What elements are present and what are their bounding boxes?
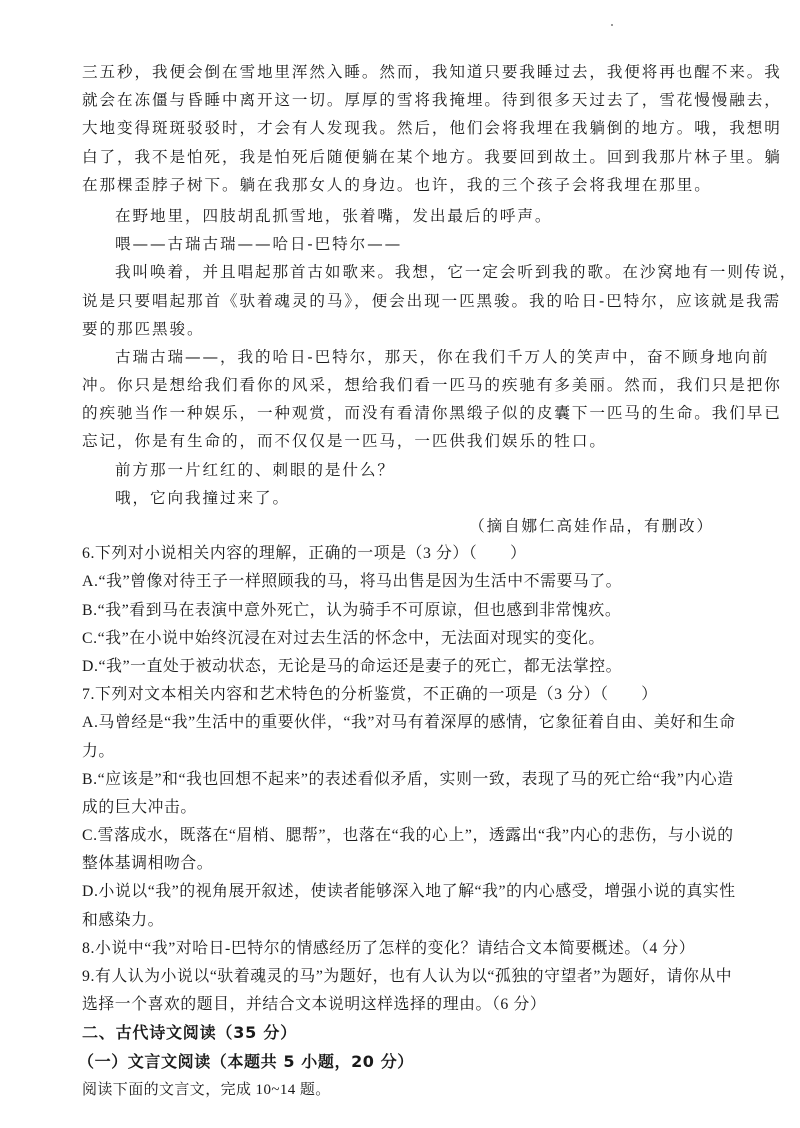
question-list: 6.下列对小说相关内容的理解，正确的一项是（3 分）（ ） A.“我”曾像对待王… — [82, 540, 718, 1019]
text-line: 在野地里，四肢胡乱抓雪地，张着嘴，发出最后的呼声。 — [82, 202, 718, 230]
option-a: A.马曾经是“我”生活中的重要伙伴，“我”对马有着深厚的感情，它象征着自由、美好… — [82, 709, 718, 765]
story-paragraph: 前方那一片红红的、刺眼的是什么？ — [82, 456, 718, 484]
text-line: 大地变得斑斑驳驳时，才会有人发现我。然后，他们会将我埋在我躺倒的地方。哦，我想明 — [82, 114, 718, 142]
question-stem: 选择一个喜欢的题目，并结合文本说明这样选择的理由。（6 分） — [82, 991, 718, 1019]
text-line: 前方那一片红红的、刺眼的是什么？ — [82, 456, 718, 484]
text-line: 要的那匹黑骏。 — [82, 315, 718, 343]
question-8: 8.小说中“我”对哈日-巴特尔的情感经历了怎样的变化？请结合文本简要概述。（4 … — [82, 935, 718, 963]
question-stem: 8.小说中“我”对哈日-巴特尔的情感经历了怎样的变化？请结合文本简要概述。（4 … — [82, 935, 718, 963]
text-line: 冲。你只是想给我们看你的风采，想给我们看一匹马的疾驰有多美丽。然而，我们只是把你 — [82, 371, 718, 399]
option-line: 和感染力。 — [82, 907, 718, 935]
text-line: 喂——古瑞古瑞——哈日-巴特尔—— — [82, 230, 718, 258]
story-paragraph: 在野地里，四肢胡乱抓雪地，张着嘴，发出最后的呼声。 — [82, 202, 718, 230]
story-paragraph: 三五秒，我便会倒在雪地里浑然入睡。然而，我知道只要我睡过去，我便将再也醒不来。我… — [82, 58, 718, 199]
option-line: A.马曾经是“我”生活中的重要伙伴，“我”对马有着深厚的感情，它象征着自由、美好… — [82, 709, 718, 737]
text-line: 忘记，你是有生命的，而不仅仅是一匹马，一匹供我们娱乐的牲口。 — [82, 427, 718, 455]
option-line: C.雪落成水，既落在“眉梢、腮帮”，也落在“我的心上”，透露出“我”内心的悲伤，… — [82, 822, 718, 850]
text-line: 古瑞古瑞——，我的哈日-巴特尔，那天，你在我们千万人的笑声中，奋不顾身地向前 — [82, 343, 718, 371]
question-6: 6.下列对小说相关内容的理解，正确的一项是（3 分）（ ） A.“我”曾像对待王… — [82, 540, 718, 681]
text-line: 哦，它向我撞过来了。 — [82, 484, 718, 512]
option-c: C.雪落成水，既落在“眉梢、腮帮”，也落在“我的心上”，透露出“我”内心的悲伤，… — [82, 822, 718, 878]
story-paragraph: 喂——古瑞古瑞——哈日-巴特尔—— — [82, 230, 718, 258]
section-title: 二、古代诗文阅读（35 分） — [82, 1019, 718, 1048]
source-attribution: （摘自娜仁高娃作品，有删改） — [82, 512, 718, 540]
text-line: 就会在冻僵与昏睡中离开这一切。厚厚的雪将我掩埋。待到很多天过去了，雪花慢慢融去， — [82, 86, 718, 114]
option-d: D.“我”一直处于被动状态，无论是马的命运还是妻子的死亡，都无法掌控。 — [82, 653, 718, 681]
option-line: 整体基调相吻合。 — [82, 850, 718, 878]
subsection-title: （一）文言文阅读（本题共 5 小题，20 分） — [78, 1048, 718, 1076]
option-d: D.小说以“我”的视角展开叙述，使读者能够深入地了解“我”的内心感受，增强小说的… — [82, 878, 718, 934]
text-line: 在那棵歪脖子树下。躺在我那女人的身边。也许，我的三个孩子会将我埋在那里。 — [82, 171, 718, 199]
story-paragraph: 我叫唤着，并且唱起那首古如歌来。我想，它一定会听到我的歌。在沙窝地有一则传说， … — [82, 258, 718, 343]
text-line: 的疾驰当作一种娱乐，一种观赏，而没有看清你黑缎子似的皮囊下一匹马的生命。我们早已 — [82, 399, 718, 427]
section-classical: 二、古代诗文阅读（35 分） （一）文言文阅读（本题共 5 小题，20 分） 阅… — [82, 1019, 718, 1104]
option-line: 成的巨大冲击。 — [82, 794, 718, 822]
text-line: 我叫唤着，并且唱起那首古如歌来。我想，它一定会听到我的歌。在沙窝地有一则传说， — [82, 258, 718, 286]
option-b: B.“我”看到马在表演中意外死亡，认为骑手不可原谅，但也感到非常愧疚。 — [82, 597, 718, 625]
option-b: B.“应该是”和“我也回想不起来”的表述看似矛盾，实则一致，表现了马的死亡给“我… — [82, 766, 718, 822]
option-a: A.“我”曾像对待王子一样照顾我的马，将马出售是因为生活中不需要马了。 — [82, 568, 718, 596]
section-instruction: 阅读下面的文言文，完成 10~14 题。 — [82, 1076, 718, 1104]
question-9: 9.有人认为小说以“驮着魂灵的马”为题好，也有人认为以“孤独的守望者”为题好，请… — [82, 963, 718, 1019]
story-paragraph: 古瑞古瑞——，我的哈日-巴特尔，那天，你在我们千万人的笑声中，奋不顾身地向前 冲… — [82, 343, 718, 456]
question-stem: 7.下列对文本相关内容和艺术特色的分析鉴赏，不正确的一项是（3 分）（ ） — [82, 681, 718, 709]
scan-speck — [611, 24, 613, 26]
text-line: 说是只要唱起那首《驮着魂灵的马》，便会出现一匹黑骏。我的哈日-巴特尔，应该就是我… — [82, 287, 718, 315]
question-7: 7.下列对文本相关内容和艺术特色的分析鉴赏，不正确的一项是（3 分）（ ） A.… — [82, 681, 718, 935]
story-excerpt: 三五秒，我便会倒在雪地里浑然入睡。然而，我知道只要我睡过去，我便将再也醒不来。我… — [82, 58, 718, 540]
question-stem: 9.有人认为小说以“驮着魂灵的马”为题好，也有人认为以“孤独的守望者”为题好，请… — [82, 963, 718, 991]
story-paragraph: 哦，它向我撞过来了。 — [82, 484, 718, 512]
option-c: C.“我”在小说中始终沉浸在对过去生活的怀念中，无法面对现实的变化。 — [82, 625, 718, 653]
option-line: B.“应该是”和“我也回想不起来”的表述看似矛盾，实则一致，表现了马的死亡给“我… — [82, 766, 718, 794]
option-line: 力。 — [82, 738, 718, 766]
exam-page: 三五秒，我便会倒在雪地里浑然入睡。然而，我知道只要我睡过去，我便将再也醒不来。我… — [82, 58, 718, 1104]
question-stem: 6.下列对小说相关内容的理解，正确的一项是（3 分）（ ） — [82, 540, 718, 568]
text-line: 三五秒，我便会倒在雪地里浑然入睡。然而，我知道只要我睡过去，我便将再也醒不来。我 — [82, 58, 718, 86]
option-line: D.小说以“我”的视角展开叙述，使读者能够深入地了解“我”的内心感受，增强小说的… — [82, 878, 718, 906]
text-line: 白了，我不是怕死，我是怕死后随便躺在某个地方。我要回到故土。回到我那片林子里。躺 — [82, 143, 718, 171]
